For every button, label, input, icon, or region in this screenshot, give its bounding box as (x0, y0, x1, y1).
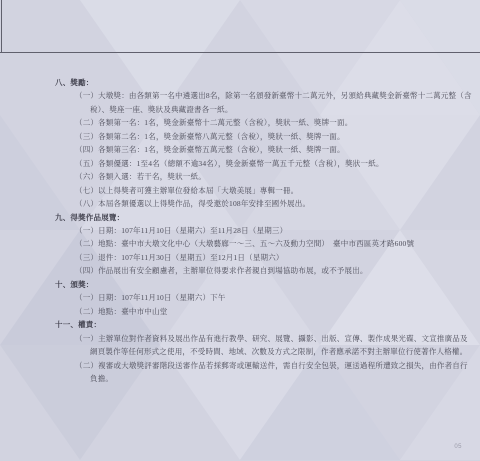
section-heading: 十、頒獎： (55, 278, 458, 291)
section-item: （二）地點：臺中市大墩文化中心（大墩藝廊一～三、五～六及動力空間） 臺中市西區英… (75, 237, 474, 250)
doc-section-1: 八、獎勵：（一）大墩獎：由各類第一名中遴選出8名，除第一名頒發新臺幣十二萬元外，… (55, 76, 458, 211)
section-heading: 九、得獎作品展覽： (55, 211, 458, 224)
section-item: （四）作品展出有安全顧慮者，主辦單位得要求作者親自到場協助布展，或不予展出。 (75, 264, 474, 277)
section-item: （二）各類第一名：1名，獎金新臺幣十二萬元整（含稅），獎狀一紙、獎牌一面。 (75, 116, 474, 129)
section-item: （一）大墩獎：由各類第一名中遴選出8名，除第一名頒發新臺幣十二萬元外，另頒給典藏… (75, 89, 474, 116)
page-number: 05 (454, 444, 462, 450)
section-item: （三）各類第二名：1名，獎金新臺幣八萬元整（含稅），獎狀一紙、獎牌一面。 (75, 130, 474, 143)
section-item: （一）日期：107年11月10日（星期六）至11月28日（星期三） (75, 224, 474, 237)
section-item: （七）以上得獎者可獲主辦單位發給本屆「大墩美展」專輯一冊。 (75, 184, 474, 197)
section-item: （六）各類入選：若干名，獎狀一紙。 (75, 170, 474, 183)
doc-section-2: 九、得獎作品展覽：（一）日期：107年11月10日（星期六）至11月28日（星期… (55, 211, 458, 278)
doc-section-4: 十一、權責：（一）主辦單位對作者資料及展出作品有進行教學、研究、展覽、攝影、出版… (55, 318, 458, 385)
section-item: （三）退件：107年11月30日（星期五）至12月1日（星期六） (75, 251, 474, 264)
section-heading: 八、獎勵： (55, 76, 458, 89)
document-page: 八、獎勵：（一）大墩獎：由各類第一名中遴選出8名，除第一名頒發新臺幣十二萬元外，… (0, 0, 480, 461)
document-content: 八、獎勵：（一）大墩獎：由各類第一名中遴選出8名，除第一名頒發新臺幣十二萬元外，… (0, 0, 480, 385)
section-item: （二）複審或大墩獎評審階段送審作品若採郵寄或運輸送件，需自行安全包裝，運送過程所… (75, 359, 474, 386)
section-heading: 十一、權責： (55, 318, 458, 331)
section-item: （一）日期：107年11月10日（星期六）下午 (75, 291, 474, 304)
doc-section-3: 十、頒獎：（一）日期：107年11月10日（星期六）下午（二）地點：臺中市中山堂 (55, 278, 458, 318)
section-item: （二）地點：臺中市中山堂 (75, 305, 474, 318)
section-item: （四）各類第三名：1名，獎金新臺幣五萬元整（含稅），獎狀一紙、獎牌一面。 (75, 143, 474, 156)
section-item: （八）本屆各類優選以上得獎作品，得受邀於108年安排至國外展出。 (75, 197, 474, 210)
section-item: （五）各類優選：1至4名（總額不逾34名），獎金新臺幣一萬五千元整（含稅），獎狀… (75, 157, 474, 170)
section-item: （一）主辦單位對作者資料及展出作品有進行教學、研究、展覽、攝影、出版、宣傳、製作… (75, 332, 474, 359)
